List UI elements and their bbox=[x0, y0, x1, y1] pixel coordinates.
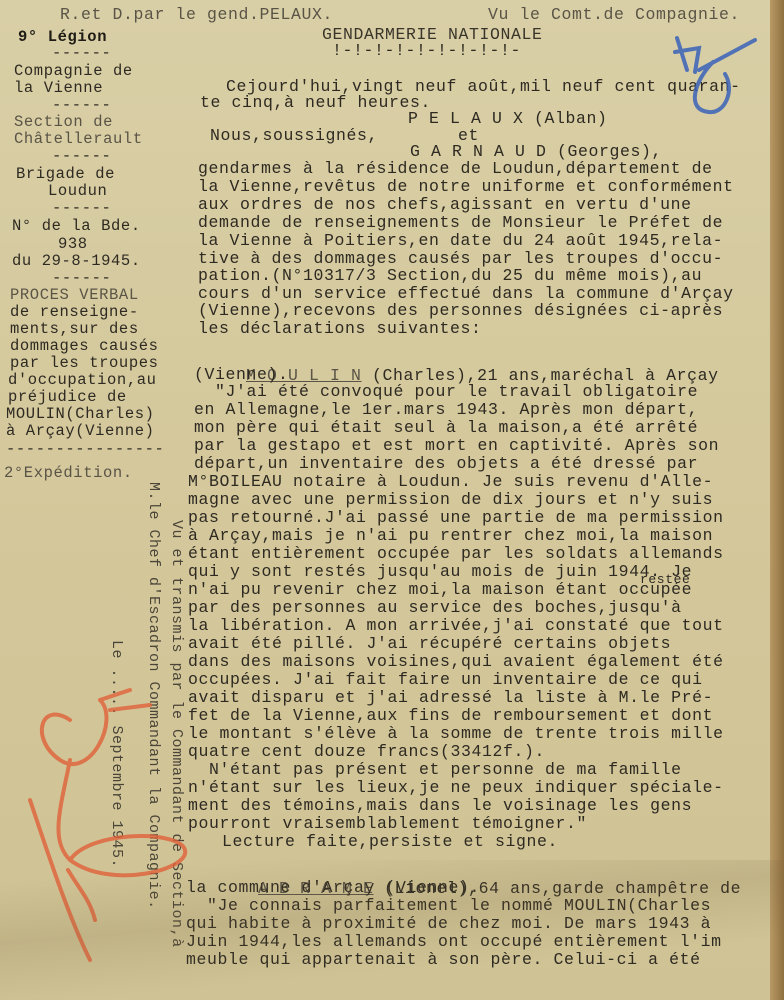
divider: ------ bbox=[52, 96, 111, 114]
statement-line: dans des maisons voisines,qui avaient ég… bbox=[188, 653, 724, 671]
statement-line: avait été pillé. J'ai récupéré certains … bbox=[188, 635, 671, 653]
company-line-1: Compagnie de bbox=[14, 62, 133, 80]
paper-edge bbox=[770, 0, 784, 1000]
statement-line: quatre cent douze francs(33412f.). bbox=[188, 743, 545, 761]
statement-line: n'ai pu revenir chez moi,la maison étant… bbox=[188, 581, 692, 599]
witness-2-place: la commune d'Arçay (Vienne). bbox=[186, 879, 480, 897]
brigade-line-2: Loudun bbox=[48, 182, 107, 200]
paragraph-line: aux ordres de nos chefs,agissant en vert… bbox=[198, 196, 692, 214]
pv-date: du 29-8-1945. bbox=[12, 252, 141, 270]
paragraph-line: gendarmes à la résidence de Loudun,dépar… bbox=[198, 160, 713, 178]
statement-line: à Arçay,mais je n'ai pu rentrer chez moi… bbox=[188, 527, 713, 545]
section-line-2: Châtellerault bbox=[14, 130, 143, 148]
red-pencil-signature-icon bbox=[10, 660, 210, 980]
pv-line: de renseigne- bbox=[10, 303, 139, 321]
pv-heading: PROCES VERBAL bbox=[10, 286, 139, 304]
title-rule: !-!-!-!-!-!-!-!-!- bbox=[332, 42, 521, 60]
statement-line: ment des témoins,mais dans le voisinage … bbox=[188, 797, 692, 815]
expedition-label: 2°Expédition. bbox=[4, 464, 133, 482]
nous-soussignes: Nous,soussignés, bbox=[210, 127, 378, 145]
brigade-number: 938 bbox=[58, 235, 88, 253]
brigade-number-label: N° de la Bde. bbox=[12, 217, 141, 235]
statement-line: pas retourné.J'ai passé une partie de ma… bbox=[188, 509, 724, 527]
statement-line: N'étant pas présent et personne de ma fa… bbox=[188, 761, 682, 779]
statement-line: occupées. J'ai fait faire un inventaire … bbox=[188, 671, 703, 689]
company-line-2: la Vienne bbox=[14, 79, 103, 97]
paragraph-line: les déclarations suivantes: bbox=[198, 320, 482, 338]
paragraph-line: (Vienne),recevons des personnes désignée… bbox=[198, 302, 723, 320]
divider: ------ bbox=[52, 147, 111, 165]
pv-line: d'occupation,au bbox=[8, 371, 157, 389]
statement-line: par des personnes au service des boches,… bbox=[188, 599, 682, 617]
divider: ------ bbox=[52, 269, 111, 287]
statement-line: Juin 1944,les allemands ont occupé entiè… bbox=[186, 933, 722, 951]
pv-line: par les troupes bbox=[10, 354, 159, 372]
statement-line: avait disparu et j'ai adressé la liste à… bbox=[188, 689, 713, 707]
statement-line: meuble qui appartenait à son père. Celui… bbox=[186, 951, 701, 969]
statement-line: en Allemagne,le 1er.mars 1943. Après mon… bbox=[194, 401, 698, 419]
statement-line: la libération. A mon arrivée,j'ai consta… bbox=[188, 617, 724, 635]
divider: ------ bbox=[52, 44, 111, 62]
statement-line: magne avec une permission de dix jours e… bbox=[188, 491, 713, 509]
top-right-note: Vu le Comt.de Compagnie. bbox=[488, 6, 740, 24]
pv-line: ments,sur des bbox=[10, 320, 139, 338]
divider: ------ bbox=[52, 199, 111, 217]
statement-line: fet de la Vienne,aux fins de rembourseme… bbox=[188, 707, 713, 725]
blue-pencil-mark-icon bbox=[665, 30, 784, 120]
statement-line: "Je connais parfaitement le nommé MOULIN… bbox=[186, 897, 711, 915]
statement-line: qui habite à proximité de chez moi. De m… bbox=[186, 915, 711, 933]
paragraph-line: demande de renseignements de Monsieur le… bbox=[198, 214, 723, 232]
statement-line: départ,un inventaire des objets a été dr… bbox=[194, 455, 698, 473]
pv-line: dommages causés bbox=[10, 337, 159, 355]
pv-line: MOULIN(Charles) bbox=[6, 405, 155, 423]
brigade-line-1: Brigade de bbox=[16, 165, 115, 183]
gendarme-name-1: P E L A U X (Alban) bbox=[408, 110, 608, 128]
statement-line: n'étant sur les lieux,je ne peux indique… bbox=[188, 779, 724, 797]
pv-line: à Arçay(Vienne) bbox=[6, 422, 155, 440]
closing-formula: Lecture faite,persiste et signe. bbox=[222, 833, 558, 851]
paragraph-line: la Vienne,revêtus de notre uniforme et c… bbox=[198, 178, 734, 196]
intro-line-2: te cinq,à neuf heures. bbox=[200, 94, 431, 112]
statement-line: pourront vraisemblablement témoigner." bbox=[188, 815, 587, 833]
statement-line: M°BOILEAU notaire à Loudun. Je suis reve… bbox=[188, 473, 713, 491]
section-line-1: Section de bbox=[14, 113, 113, 131]
statement-line: mon père qui était seul à la maison,a ét… bbox=[194, 419, 698, 437]
pv-line: préjudice de bbox=[8, 388, 127, 406]
statement-line: le montant s'élève à la somme de trente … bbox=[188, 725, 724, 743]
statement-line: étant entièrement occupée par les soldat… bbox=[188, 545, 724, 563]
statement-line: "J'ai été convoqué pour le travail oblig… bbox=[194, 383, 698, 401]
paragraph-line: la Vienne à Poitiers,en date du 24 août … bbox=[198, 232, 723, 250]
top-left-note: R.et D.par le gend.PELAUX. bbox=[60, 6, 333, 24]
statement-line: qui y sont restés jusqu'au mois de juin … bbox=[188, 563, 692, 581]
divider: ---------------- bbox=[6, 440, 164, 458]
paragraph-line: pation.(N°10317/3 Section,du 25 du même … bbox=[198, 267, 702, 285]
statement-line: par la gestapo et est mort en captivité.… bbox=[194, 437, 719, 455]
